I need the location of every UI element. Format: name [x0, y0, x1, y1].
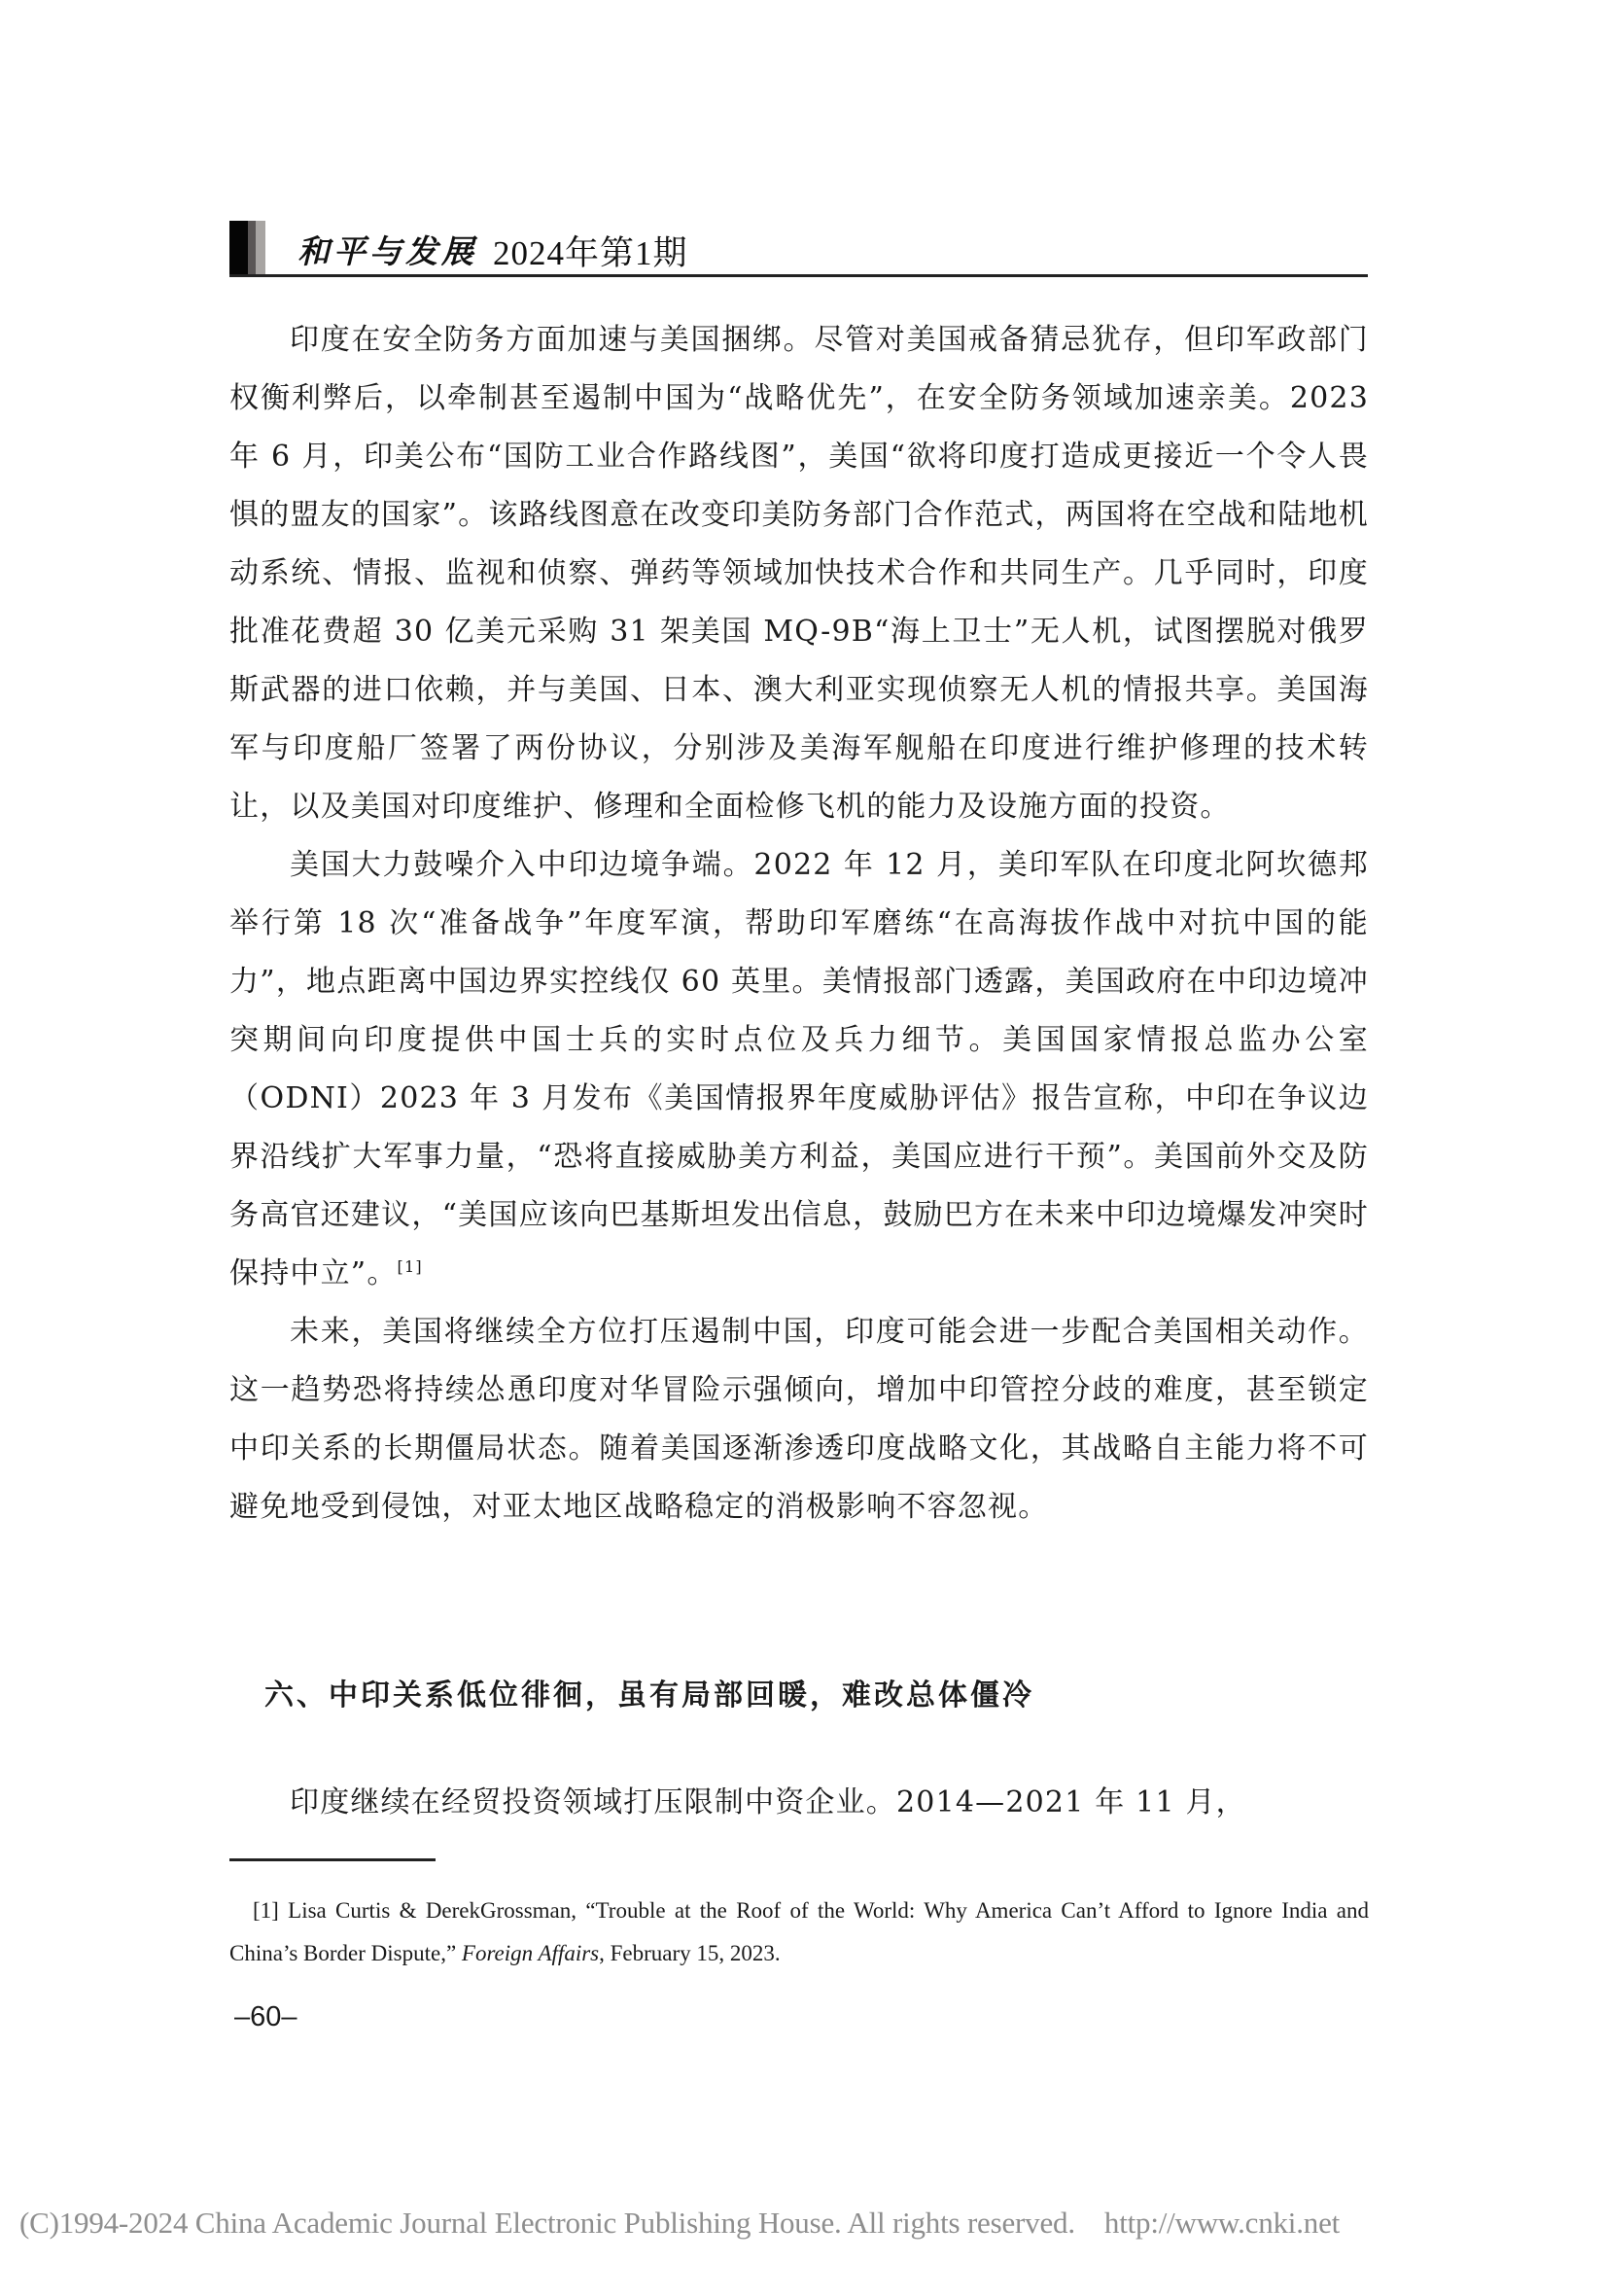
- page-number: –60–: [234, 2001, 297, 2033]
- footnote-rule: [229, 1858, 436, 1861]
- paragraph-text: 美国大力鼓噪介入中印边境争端。2022 年 12 月，美印军队在印度北阿坎德邦举…: [229, 848, 1369, 1290]
- footnote-date: , February 15, 2023.: [599, 1941, 781, 1965]
- paragraph-security-defense: 印度在安全防务方面加速与美国捆绑。尽管对美国戒备猜忌犹存，但印军政部门权衡利弊后…: [229, 311, 1369, 836]
- copyright-url[interactable]: http://www.cnki.net: [1104, 2206, 1340, 2240]
- header-rule: [229, 274, 1368, 277]
- paragraph-border-dispute: 美国大力鼓噪介入中印边境争端。2022 年 12 月，美印军队在印度北阿坎德邦举…: [229, 836, 1369, 1303]
- section-body: 印度继续在经贸投资领域打压限制中资企业。2014—2021 年 11 月，: [229, 1774, 1369, 1832]
- copyright-watermark: (C)1994-2024 China Academic Journal Elec…: [19, 2206, 1607, 2241]
- footnotes: [1] Lisa Curtis & DerekGrossman, “Troubl…: [229, 1890, 1369, 1975]
- paragraph-trade-investment: 印度继续在经贸投资领域打压限制中资企业。2014—2021 年 11 月，: [229, 1774, 1369, 1832]
- footnote-item: [1] Lisa Curtis & DerekGrossman, “Troubl…: [229, 1890, 1369, 1975]
- section-heading: 六、中印关系低位徘徊，虽有局部回暖，难改总体僵冷: [264, 1671, 1034, 1713]
- running-header: 和平与发展 2024年第1期: [229, 221, 1368, 277]
- journal-name: 和平与发展: [297, 227, 477, 272]
- footnote-journal-title: Foreign Affairs: [462, 1941, 599, 1965]
- header-bar-light-gray: [256, 221, 265, 277]
- footnote-citation: Lisa Curtis & DerekGrossman, “Trouble at…: [229, 1898, 1369, 1965]
- header-bar-black: [229, 221, 248, 277]
- copyright-text: (C)1994-2024 China Academic Journal Elec…: [19, 2206, 1075, 2240]
- issue-label: 2024年第1期: [493, 227, 688, 275]
- article-body: 印度在安全防务方面加速与美国捆绑。尽管对美国戒备猜忌犹存，但印军政部门权衡利弊后…: [229, 311, 1369, 1537]
- paragraph-outlook: 未来，美国将继续全方位打压遏制中国，印度可能会进一步配合美国相关动作。这一趋势恐…: [229, 1303, 1369, 1537]
- footnote-reference[interactable]: [1]: [398, 1257, 423, 1276]
- footnote-marker: [1]: [253, 1898, 279, 1923]
- header-bar-dark-gray: [248, 221, 256, 277]
